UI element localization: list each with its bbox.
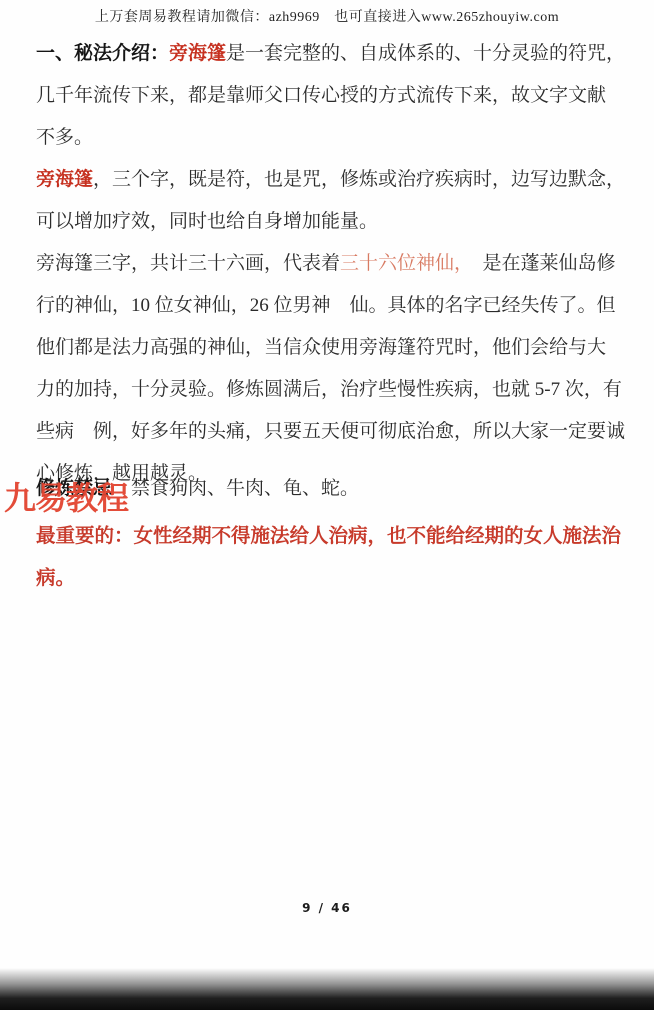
text-segment: 几千年流传下来，都是靠师父口传心授的方式流传下来，故文字文献 <box>36 85 606 106</box>
text-line: 旁海篷，三个字，既是符，也是咒，修炼或治疗疾病时，边写边默念， <box>36 159 620 201</box>
text-segment: 病。 <box>36 568 75 589</box>
text-line: 些病 例，好多年的头痛，只要五天便可彻底治愈，所以大家一定要诚 <box>36 411 620 453</box>
text-line: 几千年流传下来，都是靠师父口传心授的方式流传下来，故文字文献 <box>36 75 620 117</box>
text-line: 可以增加疗效，同时也给自身增加能量。 <box>36 201 620 243</box>
text-segment: 行的神仙，10 位女神仙，26 位男神 仙。具体的名字已经失传了。但 <box>36 295 616 316</box>
text-line: 病。 <box>36 558 620 600</box>
header-contact-line: 上万套周易教程请加微信：azh9969 也可直接进入www.265zhouyiw… <box>0 6 654 26</box>
text-segment: ，三个字，既是符，也是咒，修炼或治疗疾病时，边写边默念， <box>93 169 625 190</box>
text-segment: 他们都是法力高强的神仙，当信众使用旁海篷符咒时，他们会给与大 <box>36 337 606 358</box>
bottom-fade-shade <box>0 968 654 1010</box>
text-segment: 旁海篷 <box>36 169 93 190</box>
page-number-indicator: 9 / 46 <box>0 901 654 915</box>
text-line: 力的加持，十分灵验。修炼圆满后，治疗些慢性疾病，也就 5-7 次，有 <box>36 369 620 411</box>
text-line: 一、秘法介绍：旁海篷是一套完整的、自成体系的、十分灵验的符咒， <box>36 33 620 75</box>
text-line: 旁海篷三字，共计三十六画，代表着三十六位神仙， 是在蓬莱仙岛修 <box>36 243 620 285</box>
text-segment: 三十六位神仙， <box>340 253 464 274</box>
document-page: 上万套周易教程请加微信：azh9969 也可直接进入www.265zhouyiw… <box>0 0 654 1010</box>
text-segment: 禁食狗肉、牛肉、龟、蛇。 <box>112 478 359 499</box>
text-line: 不多。 <box>36 117 620 159</box>
watermark-text: 九易教程 <box>4 482 128 514</box>
text-segment: 是在蓬莱仙岛修 <box>464 253 616 274</box>
text-segment: 些病 例，好多年的头痛，只要五天便可彻底治愈，所以大家一定要诚 <box>36 421 625 442</box>
text-line: 行的神仙，10 位女神仙，26 位男神 仙。具体的名字已经失传了。但 <box>36 285 620 327</box>
text-segment: 旁海篷三字，共计三十六画，代表着 <box>36 253 340 274</box>
text-segment: 不多。 <box>36 127 93 148</box>
text-line: 最重要的：女性经期不得施法给人治病，也不能给经期的女人施法治 <box>36 516 620 558</box>
text-line: 他们都是法力高强的神仙，当信众使用旁海篷符咒时，他们会给与大 <box>36 327 620 369</box>
text-segment: 一、秘法介绍： <box>36 43 169 64</box>
text-segment: 最重要的：女性经期不得施法给人治病，也不能给经期的女人施法治 <box>36 526 621 547</box>
text-segment: 旁海篷 <box>169 43 226 64</box>
text-segment: 力的加持，十分灵验。修炼圆满后，治疗些慢性疾病，也就 5-7 次，有 <box>36 379 622 400</box>
text-segment: 可以增加疗效，同时也给自身增加能量。 <box>36 211 378 232</box>
text-segment: 是一套完整的、自成体系的、十分灵验的符咒， <box>226 43 625 64</box>
